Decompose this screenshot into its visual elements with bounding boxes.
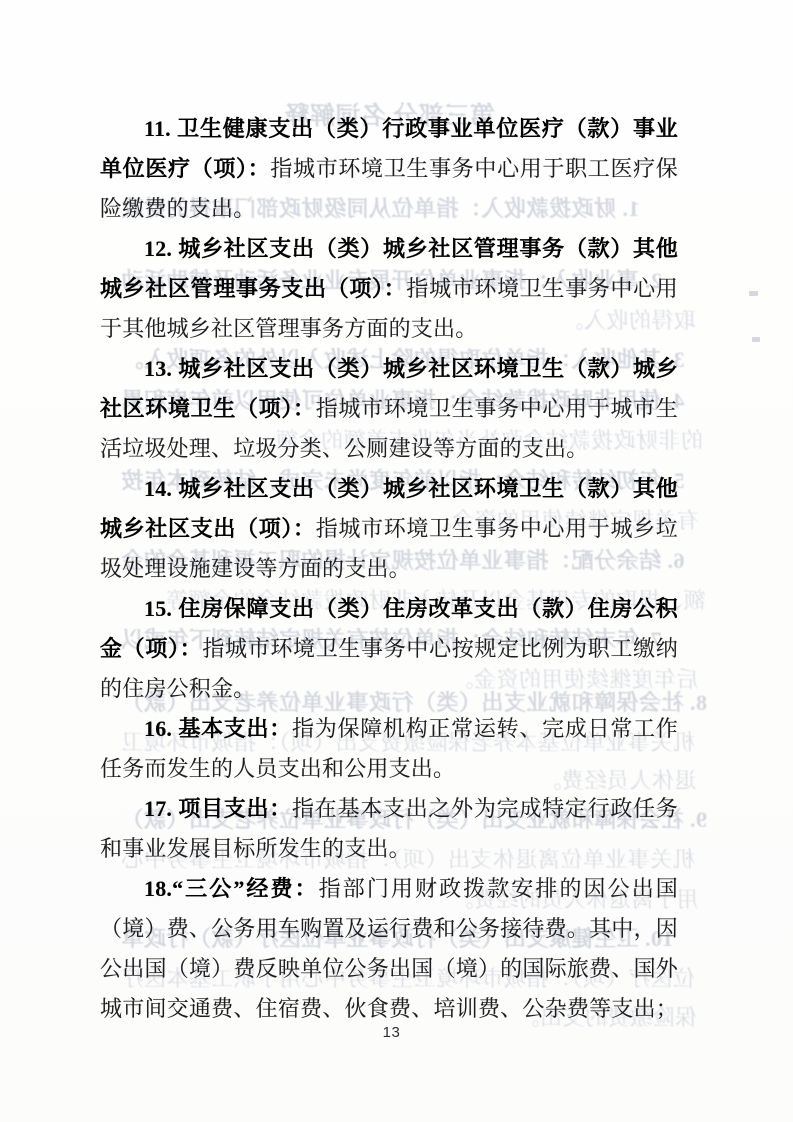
text-block: 11. 卫生健康支出（类）行政事业单位医疗（款）事业单位医疗（项）：指城市环境卫… <box>100 109 678 1029</box>
definition-text: 指城市环境卫生事务中心用 <box>406 276 678 301</box>
glossary-paragraph-12: 12. 城乡社区支出（类）城乡社区管理事务（款）其他城乡社区管理事务支出（项）：… <box>100 229 678 349</box>
term-text: 15. 住房保障支出（类）住房改革支出（款）住房公积 <box>144 596 678 621</box>
term-text: 城乡社区支出（项）： <box>100 516 316 541</box>
text-line: 18.“三公”经费：指部门用财政拨款安排的因公出国 <box>100 869 678 909</box>
text-line: 单位医疗（项）：指城市环境卫生事务中心用于职工医疗保 <box>100 149 678 189</box>
definition-text: 指城市环境卫生事务中心用于城乡垃 <box>316 516 678 541</box>
definition-text: 指城市环境卫生事务中心用于城市生 <box>316 396 678 421</box>
text-line: 13. 城乡社区支出（类）城乡社区环境卫生（款）城乡 <box>100 349 678 389</box>
definition-text: 活垃圾处理、垃圾分类、公厕建设等方面的支出。 <box>100 436 588 461</box>
glossary-paragraph-17: 17. 项目支出：指在基本支出之外为完成特定行政任务和事业发展目标所发生的支出。 <box>100 789 678 869</box>
definition-text: 险缴费的支出。 <box>100 196 255 221</box>
glossary-paragraph-11: 11. 卫生健康支出（类）行政事业单位医疗（款）事业单位医疗（项）：指城市环境卫… <box>100 109 678 229</box>
definition-text: 城市间交通费、住宿费、伙食费、培训费、公杂费等支出； <box>100 996 678 1021</box>
text-line: 14. 城乡社区支出（类）城乡社区环境卫生（款）其他 <box>100 469 678 509</box>
definition-text: 于其他城乡社区管理事务方面的支出。 <box>100 316 477 341</box>
text-line: 11. 卫生健康支出（类）行政事业单位医疗（款）事业 <box>100 109 678 149</box>
term-text: 社区环境卫生（项）： <box>100 396 316 421</box>
text-line: 17. 项目支出：指在基本支出之外为完成特定行政任务 <box>100 789 678 829</box>
text-line: 城市间交通费、住宿费、伙食费、培训费、公杂费等支出； <box>100 989 678 1029</box>
text-line: （境）费、公务用车购置及运行费和公务接待费。其中，因 <box>100 909 678 949</box>
text-line: 12. 城乡社区支出（类）城乡社区管理事务（款）其他 <box>100 229 678 269</box>
definition-text: （境）费、公务用车购置及运行费和公务接待费。其中，因 <box>100 916 678 941</box>
definition-text: 圾处理设施建设等方面的支出。 <box>100 556 411 581</box>
text-line: 任务而发生的人员支出和公用支出。 <box>100 749 678 789</box>
text-line: 城乡社区管理事务支出（项）：指城市环境卫生事务中心用 <box>100 269 678 309</box>
term-text: 14. 城乡社区支出（类）城乡社区环境卫生（款）其他 <box>144 476 678 501</box>
text-line: 15. 住房保障支出（类）住房改革支出（款）住房公积 <box>100 589 678 629</box>
term-text: 单位医疗（项）： <box>100 156 270 181</box>
glossary-paragraph-14: 14. 城乡社区支出（类）城乡社区环境卫生（款）其他城乡社区支出（项）：指城市环… <box>100 469 678 589</box>
page-number: 13 <box>0 1024 783 1041</box>
term-text: 12. 城乡社区支出（类）城乡社区管理事务（款）其他 <box>144 236 678 261</box>
document-page: 第三部分 名词解释1. 财政拨款收入：指单位从同级财政部门取得的财政2. 事业收… <box>0 0 793 1122</box>
term-text: 18.“三公”经费： <box>144 876 319 901</box>
term-text: 城乡社区管理事务支出（项）： <box>100 276 406 301</box>
glossary-paragraph-15: 15. 住房保障支出（类）住房改革支出（款）住房公积金（项）：指城市环境卫生事务… <box>100 589 678 709</box>
glossary-paragraph-13: 13. 城乡社区支出（类）城乡社区环境卫生（款）城乡社区环境卫生（项）：指城市环… <box>100 349 678 469</box>
definition-text: 和事业发展目标所发生的支出。 <box>100 836 411 861</box>
definition-text: 公出国（境）费反映单位公务出国（境）的国际旅费、国外 <box>100 956 678 981</box>
definition-text: 的住房公积金。 <box>100 676 255 701</box>
text-line: 于其他城乡社区管理事务方面的支出。 <box>100 309 678 349</box>
text-line: 险缴费的支出。 <box>100 189 678 229</box>
definition-text: 指城市环境卫生事务中心用于职工医疗保 <box>270 156 678 181</box>
term-text: 16. 基本支出： <box>144 716 292 741</box>
definition-text: 指城市环境卫生事务中心按规定比例为职工缴纳 <box>202 636 678 661</box>
definition-text: 指在基本支出之外为完成特定行政任务 <box>292 796 678 821</box>
text-line: 活垃圾处理、垃圾分类、公厕建设等方面的支出。 <box>100 429 678 469</box>
term-text: 17. 项目支出： <box>144 796 292 821</box>
text-line: 公出国（境）费反映单位公务出国（境）的国际旅费、国外 <box>100 949 678 989</box>
definition-text: 任务而发生的人员支出和公用支出。 <box>100 756 455 781</box>
glossary-paragraph-18: 18.“三公”经费：指部门用财政拨款安排的因公出国（境）费、公务用车购置及运行费… <box>100 869 678 1029</box>
term-text: 13. 城乡社区支出（类）城乡社区环境卫生（款）城乡 <box>144 356 678 381</box>
text-line: 和事业发展目标所发生的支出。 <box>100 829 678 869</box>
scan-artifact-mark <box>749 291 758 296</box>
glossary-paragraph-16: 16. 基本支出：指为保障机构正常运转、完成日常工作任务而发生的人员支出和公用支… <box>100 709 678 789</box>
text-line: 城乡社区支出（项）：指城市环境卫生事务中心用于城乡垃 <box>100 509 678 549</box>
text-line: 的住房公积金。 <box>100 669 678 709</box>
text-line: 金（项）：指城市环境卫生事务中心按规定比例为职工缴纳 <box>100 629 678 669</box>
scan-artifact-mark <box>752 337 760 342</box>
text-line: 16. 基本支出：指为保障机构正常运转、完成日常工作 <box>100 709 678 749</box>
definition-text: 指为保障机构正常运转、完成日常工作 <box>292 716 678 741</box>
text-line: 社区环境卫生（项）：指城市环境卫生事务中心用于城市生 <box>100 389 678 429</box>
term-text: 金（项）： <box>100 636 202 661</box>
text-line: 圾处理设施建设等方面的支出。 <box>100 549 678 589</box>
term-text: 11. 卫生健康支出（类）行政事业单位医疗（款）事业 <box>144 116 678 141</box>
definition-text: 指部门用财政拨款安排的因公出国 <box>319 876 678 901</box>
